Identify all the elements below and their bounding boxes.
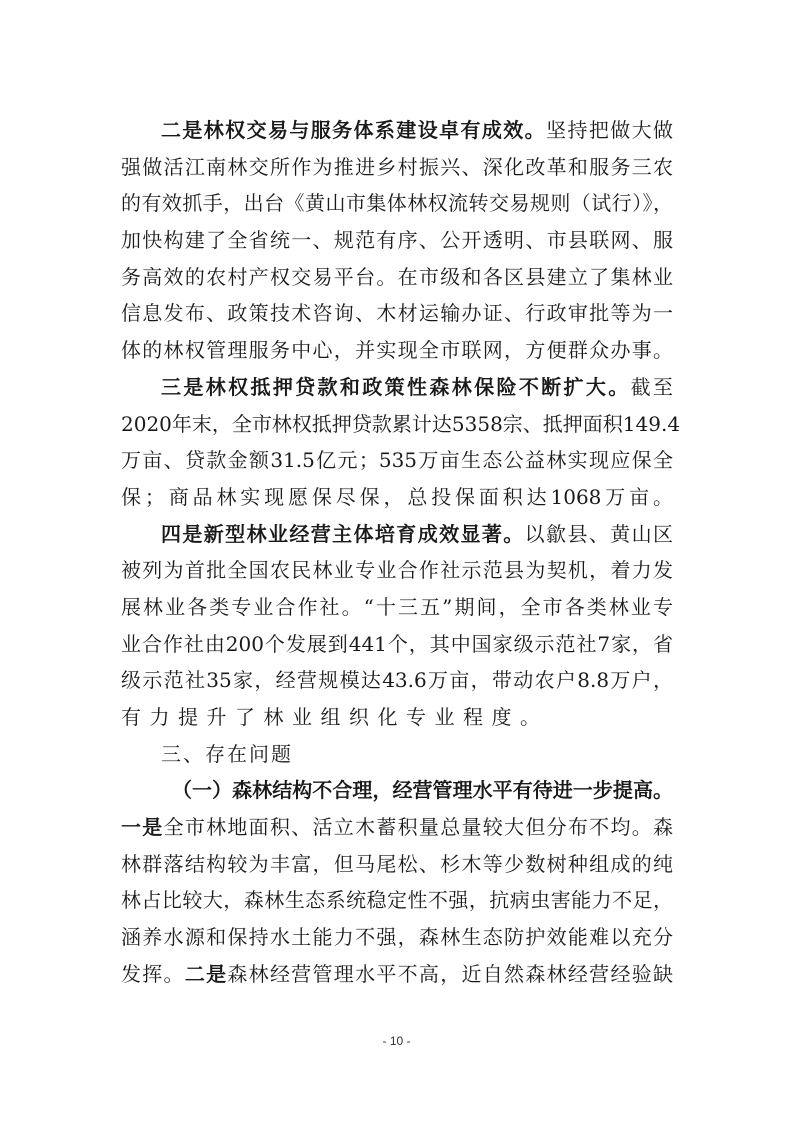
inline-bold: 二是: [185, 962, 228, 986]
subheading: （一）森林结构不合理，经营管理水平有待进一步提高。: [121, 772, 673, 809]
text-line: 2020年末，全市林权抵押贷款累计达5358宗、抵押面积149.4: [121, 406, 673, 443]
text-line: 涵养水源和保持水土能力不强，森林生态防护效能难以充分: [121, 919, 673, 956]
paragraph-lead-bold: 二是林权交易与服务体系建设卓有成效。: [161, 118, 546, 142]
text-line: 林占比较大，森林生态系统稳定性不强，抗病虫害能力不足，: [121, 882, 673, 919]
paragraph-lead-bold: 四是新型林业经营主体培育成效显著。: [161, 522, 525, 546]
text-line: 林群落结构较为丰富，但马尾松、杉木等少数树种组成的纯: [121, 846, 673, 883]
text-line: 发挥。二是森林经营管理水平不高，近自然森林经营经验缺: [121, 956, 673, 993]
text-line: 强做活江南林交所作为推进乡村振兴、深化改革和服务三农: [121, 149, 673, 186]
text-line: 体的林权管理服务中心，并实现全市联网，方便群众办事。: [121, 332, 673, 369]
text-line: 级示范社35家，经营规模达43.6万亩，带动农户8.8万户，: [121, 662, 673, 699]
text-line: 万亩、贷款金额31.5亿元；535万亩生态公益林实现应保全: [121, 442, 673, 479]
paragraph-lead-bold: 三是林权抵押贷款和政策性森林保险不断扩大。: [161, 375, 631, 399]
text-line: 务高效的农村产权交易平台。在市级和各区县建立了集林业: [121, 259, 673, 296]
body-text: 二是林权交易与服务体系建设卓有成效。坚持把做大做 强做活江南林交所作为推进乡村振…: [121, 112, 673, 993]
text-line: 的有效抓手，出台《黄山市集体林权流转交易规则（试行）》，: [121, 185, 673, 222]
text-line: 被列为首批全国农民林业专业合作社示范县为契机，着力发: [121, 552, 673, 589]
text-line: 业合作社由200个发展到441个，其中国家级示范社7家，省: [121, 626, 673, 663]
text-line: 有力提升了林业组织化专业程度。: [121, 699, 673, 736]
page-number: - 10 -: [0, 1034, 793, 1048]
document-page: 二是林权交易与服务体系建设卓有成效。坚持把做大做 强做活江南林交所作为推进乡村振…: [0, 0, 793, 1122]
text-line: 加快构建了全省统一、规范有序、公开透明、市县联网、服: [121, 222, 673, 259]
paragraph-lead-bold: 一是: [121, 815, 164, 839]
text-line: 展林业各类专业合作社。“十三五”期间，全市各类林业专: [121, 589, 673, 626]
text-line: 二是林权交易与服务体系建设卓有成效。坚持把做大做: [121, 112, 673, 149]
text-line: 信息发布、政策技术咨询、木材运输办证、行政审批等为一: [121, 295, 673, 332]
text-line: 保；商品林实现愿保尽保，总投保面积达1068万亩。: [121, 479, 673, 516]
text-line: 四是新型林业经营主体培育成效显著。以歙县、黄山区: [121, 516, 673, 553]
text-line: 一是全市林地面积、活立木蓄积量总量较大但分布不均。森: [121, 809, 673, 846]
text-line: 三是林权抵押贷款和政策性森林保险不断扩大。截至: [121, 369, 673, 406]
section-heading: 三、存在问题: [121, 736, 673, 773]
